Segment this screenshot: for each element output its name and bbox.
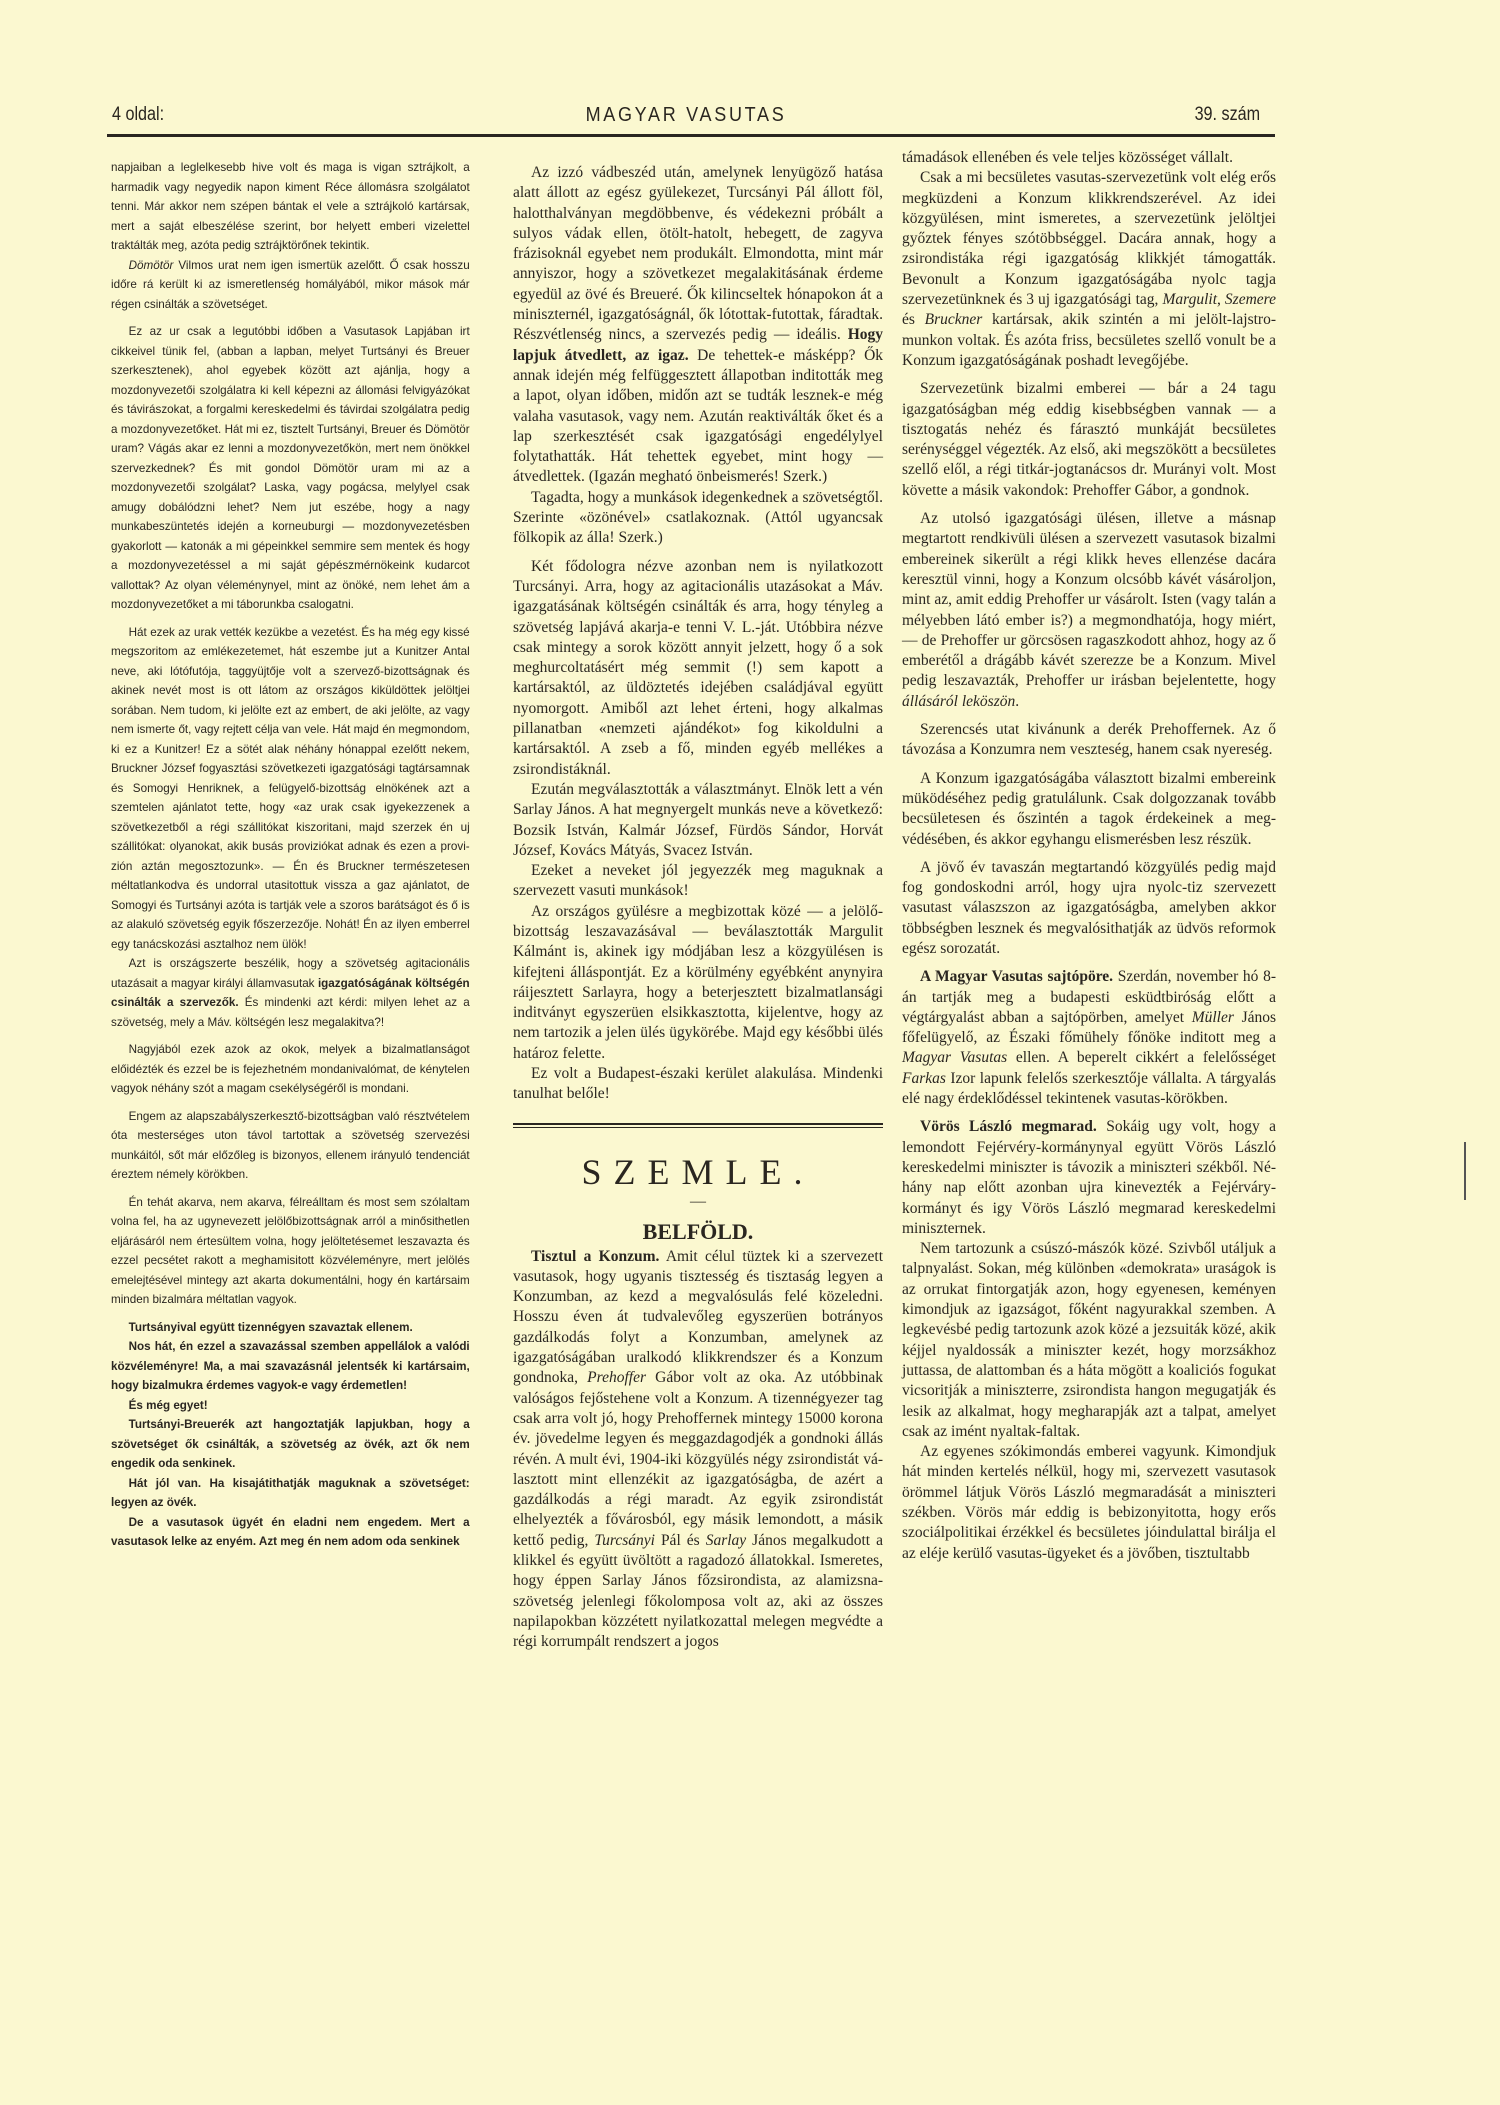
page-header: 4 oldal: MAGYAR VASUTAS 39. szám (112, 104, 1260, 134)
paragraph: Az utolsó igazgatósági ülésen, illetve a… (902, 509, 1276, 712)
paragraph: Ez az ur csak a legutóbbi időben a Vasut… (111, 322, 470, 615)
scan-artifact-mark (1464, 1142, 1466, 1200)
issue-number: 39. szám (1194, 104, 1260, 126)
subsection-title-belfold: BELFÖLD. (513, 1222, 883, 1242)
paragraph: Az izzó vádbeszéd után, amelynek lenyü­g… (513, 163, 883, 488)
paragraph: Engem az alapszabályszerkesztő-bizottság… (111, 1107, 470, 1185)
bold-phrase: igazgatóságának költségén csinálták a sz… (111, 976, 470, 1010)
paragraph: Hát ezek az urak vették kezükbe a vezeté… (111, 623, 470, 955)
paragraph: Csak a mi becsületes vasutas-szervezetün… (902, 168, 1276, 371)
article-voros: Vörös László megmarad. Sokáig ugy volt, … (902, 1117, 1276, 1239)
paragraph: Szervezetünk bizalmi emberei — bár a 24 … (902, 379, 1276, 501)
paragraph: Két fődologra nézve azonban nem is nyi­l… (513, 557, 883, 780)
paragraph: A Konzum igazgatóságába választott bi­za… (902, 769, 1276, 850)
paragraph: De a vasutasok ügyét én eladni nem enged… (111, 1513, 470, 1552)
paragraph: Dömötör Vilmos urat nem igen ismertük az… (111, 256, 470, 315)
newspaper-page: 4 oldal: MAGYAR VASUTAS 39. szám napjaib… (0, 0, 1500, 2105)
paragraph: Én tehát akarva, nem akarva, félreálltam… (111, 1193, 470, 1310)
paragraph: A jövő év tavaszán megtartandó közgyülés… (902, 858, 1276, 959)
article-sajtopor: A Magyar Vasutas sajtópöre. Szerdán, nov… (902, 967, 1276, 1109)
paragraph: Ez volt a Budapest-északi kerület alaku­… (513, 1064, 883, 1105)
column-left-letter: napjaiban a leglelkesebb hive volt és ma… (111, 158, 470, 1552)
page-number: 4 oldal: (112, 104, 164, 126)
paragraph: Szerencsés utat kivánunk a derék Prehof­… (902, 720, 1276, 761)
section-title-szemle: SZEMLE. (513, 1162, 883, 1182)
article-heading: A Magyar Vasutas sajtópöre. (920, 968, 1113, 985)
article-heading: Vörös László megmarad. (920, 1118, 1097, 1135)
paragraph: Tagadta, hogy a munkások idegenkednek a … (513, 488, 883, 549)
paragraph: támadások ellenében és vele teljes közös… (902, 148, 1276, 168)
paragraph-bold: Azt is országszerte beszélik, hogy a szö… (111, 954, 470, 1032)
paragraph: Hát jól van. Ha kisajátithatják maguknak… (111, 1474, 470, 1513)
column-right: támadások ellenében és vele teljes közös… (902, 148, 1276, 1564)
paragraph: Az országos gyülésre a megbizottak közé … (513, 902, 883, 1064)
paragraph: Az egyenes szókimondás emberei vagyunk. … (902, 1442, 1276, 1564)
paragraph: Ezeket a neveket jól jegyezzék meg ma­gu… (513, 861, 883, 902)
paragraph: Ezután megválasztották a választmányt. E… (513, 780, 883, 861)
paragraph: Nos hát, én ezzel a szavazással szemben … (111, 1337, 470, 1396)
paragraph: Nem tartozunk a csúszó-mászók közé. Sziv… (902, 1239, 1276, 1442)
paragraph: És még egyet! (111, 1396, 470, 1416)
paragraph: napjaiban a leglelkesebb hive volt és ma… (111, 158, 470, 256)
column-middle: Az izzó vádbeszéd után, amelynek lenyü­g… (513, 163, 883, 1652)
paragraph: Turtsányival együtt tizennégyen szavazta… (111, 1318, 470, 1338)
name-domotor: Dömötör (129, 258, 174, 272)
paragraph: Turtsányi-Breuerék azt hangoztatják lapj… (111, 1415, 470, 1474)
article-konzum: Tisztul a Konzum. Amit célul tüztek ki a… (513, 1247, 883, 1653)
header-rule (107, 134, 1275, 137)
article-heading: Tisztul a Konzum. (531, 1248, 659, 1265)
article-separator (513, 1123, 883, 1128)
paragraph: Nagyjából ezek azok az okok, melyek a bi… (111, 1040, 470, 1099)
section-dash: — (513, 1192, 883, 1212)
publication-title: MAGYAR VASUTAS (169, 104, 1202, 127)
